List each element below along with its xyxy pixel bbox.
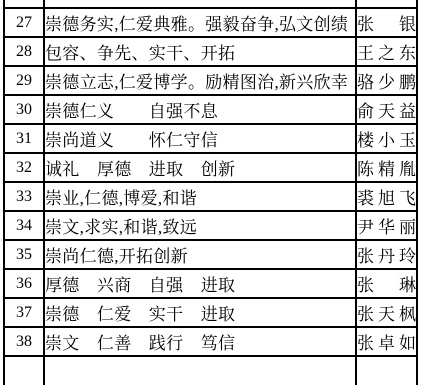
table-row: 35 崇尚仁德,开拓创新 张丹玲 bbox=[4, 240, 417, 269]
motto-cell: 崇德 仁爱 实干 进取 bbox=[44, 298, 356, 327]
name-cell: 俞天益 bbox=[356, 95, 417, 124]
empty-number-cell bbox=[4, 0, 44, 8]
row-number-cell: 27 bbox=[4, 8, 44, 37]
motto-cell: 崇德仁义 自强不息 bbox=[44, 95, 356, 124]
name-cell: 楼小玉 bbox=[356, 124, 417, 153]
empty-name-cell bbox=[356, 356, 417, 385]
motto-cell: 崇文 仁善 践行 笃信 bbox=[44, 327, 356, 356]
motto-cell: 崇业,仁德,博爱,和谐 bbox=[44, 182, 356, 211]
table-body: 27 崇德务实,仁爱典雅。强毅奋争,弘文创绩 张银 28 包容、争先、实干、开拓… bbox=[4, 0, 417, 385]
motto-table: 27 崇德务实,仁爱典雅。强毅奋争,弘文创绩 张银 28 包容、争先、实干、开拓… bbox=[3, 0, 418, 385]
table-row-partial-bottom bbox=[4, 356, 417, 385]
table-row: 34 崇文,求实,和谐,致远 尹华丽 bbox=[4, 211, 417, 240]
table-row: 32 诚礼 厚德 进取 创新 陈精胤 bbox=[4, 153, 417, 182]
motto-cell: 包容、争先、实干、开拓 bbox=[44, 37, 356, 66]
table-row: 33 崇业,仁德,博爱,和谐 裘旭飞 bbox=[4, 182, 417, 211]
name-cell: 陈精胤 bbox=[356, 153, 417, 182]
motto-cell: 厚德 兴商 自强 进取 bbox=[44, 269, 356, 298]
table-row: 38 崇文 仁善 践行 笃信 张卓如 bbox=[4, 327, 417, 356]
name-cell: 张丹玲 bbox=[356, 240, 417, 269]
page: 27 崇德务实,仁爱典雅。强毅奋争,弘文创绩 张银 28 包容、争先、实干、开拓… bbox=[0, 0, 426, 385]
motto-cell: 崇尚道义 怀仁守信 bbox=[44, 124, 356, 153]
empty-motto-cell bbox=[44, 0, 356, 8]
name-cell: 张卓如 bbox=[356, 327, 417, 356]
name-cell: 张天枫 bbox=[356, 298, 417, 327]
table-row: 37 崇德 仁爱 实干 进取 张天枫 bbox=[4, 298, 417, 327]
row-number-cell: 36 bbox=[4, 269, 44, 298]
motto-cell: 诚礼 厚德 进取 创新 bbox=[44, 153, 356, 182]
motto-cell: 崇尚仁德,开拓创新 bbox=[44, 240, 356, 269]
row-number-cell: 37 bbox=[4, 298, 44, 327]
name-cell: 骆少鹏 bbox=[356, 66, 417, 95]
row-number-cell: 34 bbox=[4, 211, 44, 240]
row-number-cell: 29 bbox=[4, 66, 44, 95]
table-row: 29 崇德立志,仁爱博学。励精图治,新兴欣幸 骆少鹏 bbox=[4, 66, 417, 95]
table-row: 30 崇德仁义 自强不息 俞天益 bbox=[4, 95, 417, 124]
name-cell: 张银 bbox=[356, 8, 417, 37]
motto-cell: 崇德务实,仁爱典雅。强毅奋争,弘文创绩 bbox=[44, 8, 356, 37]
name-cell: 尹华丽 bbox=[356, 211, 417, 240]
table-row: 28 包容、争先、实干、开拓 王之东 bbox=[4, 37, 417, 66]
motto-cell: 崇德立志,仁爱博学。励精图治,新兴欣幸 bbox=[44, 66, 356, 95]
name-cell: 裘旭飞 bbox=[356, 182, 417, 211]
table-row: 27 崇德务实,仁爱典雅。强毅奋争,弘文创绩 张银 bbox=[4, 8, 417, 37]
row-number-cell: 30 bbox=[4, 95, 44, 124]
name-cell: 王之东 bbox=[356, 37, 417, 66]
table-row: 31 崇尚道义 怀仁守信 楼小玉 bbox=[4, 124, 417, 153]
empty-motto-cell bbox=[44, 356, 356, 385]
empty-name-cell bbox=[356, 0, 417, 8]
name-cell: 张琳 bbox=[356, 269, 417, 298]
table-row-partial-top bbox=[4, 0, 417, 8]
table-row: 36 厚德 兴商 自强 进取 张琳 bbox=[4, 269, 417, 298]
motto-cell: 崇文,求实,和谐,致远 bbox=[44, 211, 356, 240]
row-number-cell: 33 bbox=[4, 182, 44, 211]
empty-number-cell bbox=[4, 356, 44, 385]
row-number-cell: 35 bbox=[4, 240, 44, 269]
row-number-cell: 38 bbox=[4, 327, 44, 356]
row-number-cell: 28 bbox=[4, 37, 44, 66]
row-number-cell: 32 bbox=[4, 153, 44, 182]
row-number-cell: 31 bbox=[4, 124, 44, 153]
